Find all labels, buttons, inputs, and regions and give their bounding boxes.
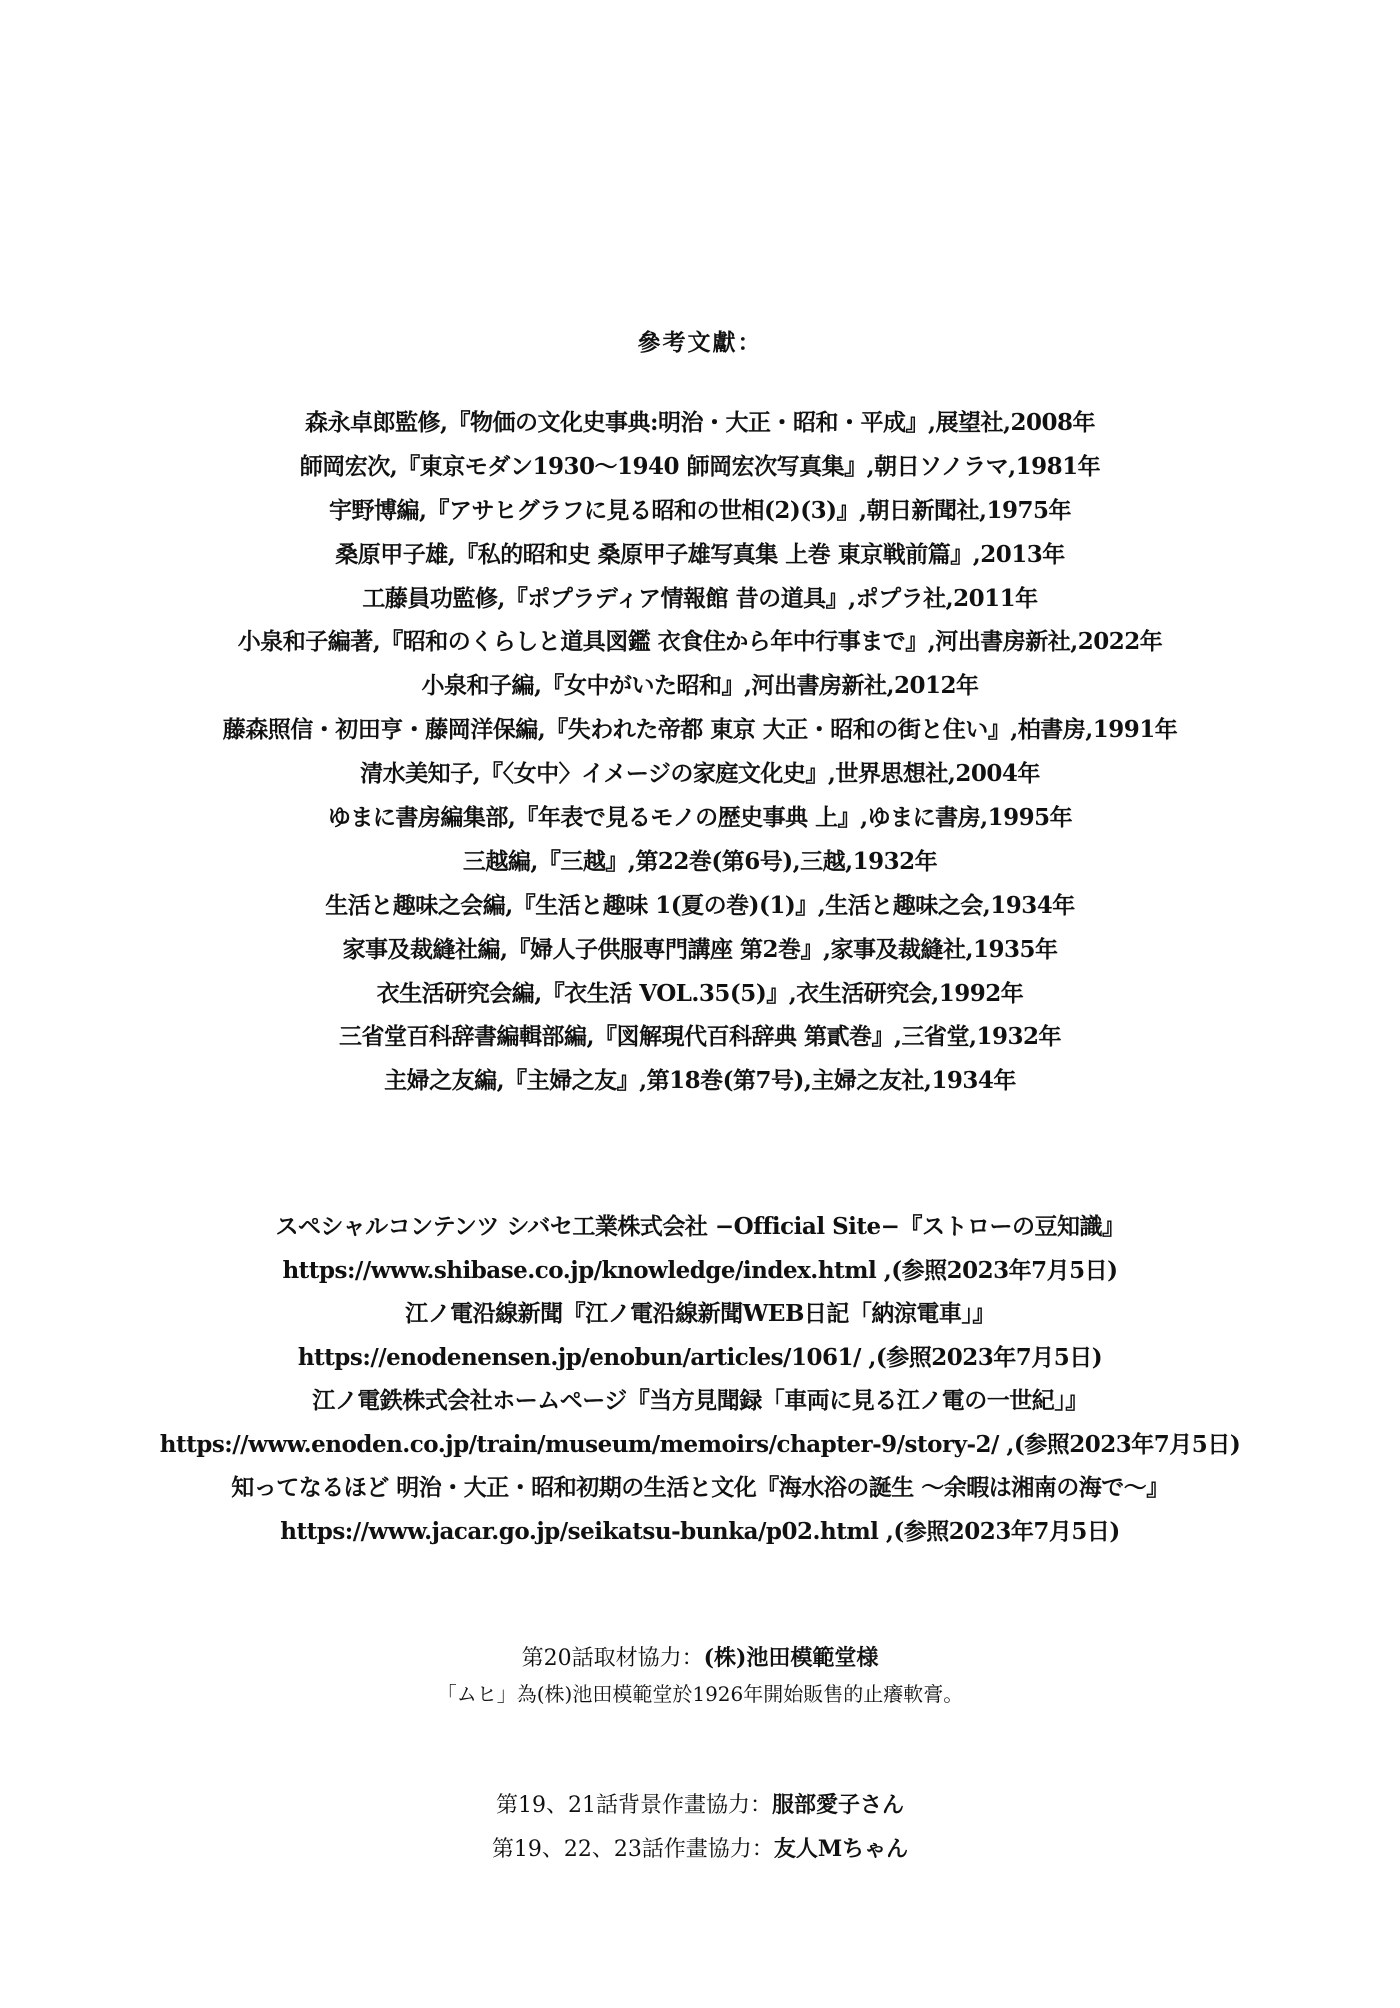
book-references-list: 森永卓郎監修,『物価の文化史事典:明治・大正・昭和・平成』,展望社,2008年 … xyxy=(0,408,1400,1110)
reference-item: 家事及裁縫社編,『婦人子供服専門講座 第2巻』,家事及裁縫社,1935年 xyxy=(0,935,1400,979)
credit-label: 第19、21話背景作畫協力： xyxy=(496,1793,772,1818)
reference-item: 清水美知子,『〈女中〉イメージの家庭文化史』,世界思想社,2004年 xyxy=(0,759,1400,803)
credit-value: (株)池田模範堂様 xyxy=(704,1645,879,1671)
reference-item: 生活と趣味之会編,『生活と趣味 1(夏の巻)(1)』,生活と趣味之会,1934年 xyxy=(0,891,1400,935)
credit-value: 友人Mちゃん xyxy=(774,1836,908,1862)
credit-value: 服部愛子さん xyxy=(772,1792,904,1818)
web-reference-title: 知ってなるほど 明治・大正・昭和初期の生活と文化『海水浴の誕生 〜余暇は湘南の海… xyxy=(0,1473,1400,1517)
web-reference-title: スペシャルコンテンツ シバセ工業株式会社 −Official Site−『ストロ… xyxy=(0,1212,1400,1256)
reference-item: 衣生活研究会編,『衣生活 VOL.35(5)』,衣生活研究会,1992年 xyxy=(0,979,1400,1023)
web-reference-url: https://enodenensen.jp/enobun/articles/1… xyxy=(0,1343,1400,1387)
web-reference-title: 江ノ電沿線新聞『江ノ電沿線新聞WEB日記「納涼電車」』 xyxy=(0,1299,1400,1343)
reference-item: 小泉和子編,『女中がいた昭和』,河出書房新社,2012年 xyxy=(0,671,1400,715)
reference-item: 工藤員功監修,『ポプラディア情報館 昔の道具』,ポプラ社,2011年 xyxy=(0,584,1400,628)
reference-item: 藤森照信・初田亨・藤岡洋保編,『失われた帝都 東京 大正・昭和の街と住い』,柏書… xyxy=(0,715,1400,759)
references-heading: 參考文獻： xyxy=(0,328,1400,358)
reference-item: 小泉和子編著,『昭和のくらしと道具図鑑 衣食住から年中行事まで』,河出書房新社,… xyxy=(0,627,1400,671)
product-note: 「ムヒ」為(株)池田模範堂於1926年開始販售的止癢軟膏。 xyxy=(0,1679,1400,1709)
reference-item: 宇野博編,『アサヒグラフに見る昭和の世相(2)(3)』,朝日新聞社,1975年 xyxy=(0,496,1400,540)
web-references-list: スペシャルコンテンツ シバセ工業株式会社 −Official Site−『ストロ… xyxy=(0,1212,1400,1560)
reference-item: 三省堂百科辞書編輯部編,『図解現代百科辞典 第貳巻』,三省堂,1932年 xyxy=(0,1022,1400,1066)
reference-item: 森永卓郎監修,『物価の文化史事典:明治・大正・昭和・平成』,展望社,2008年 xyxy=(0,408,1400,452)
web-reference-title: 江ノ電鉄株式会社ホームページ『当方見聞録「車両に見る江ノ電の一世紀」』 xyxy=(0,1386,1400,1430)
credit-label: 第20話取材協力： xyxy=(522,1646,704,1671)
background-art-credit: 第19、21話背景作畫協力：服部愛子さん xyxy=(0,1790,1400,1821)
web-reference-url: https://www.shibase.co.jp/knowledge/inde… xyxy=(0,1256,1400,1300)
credit-label: 第19、22、23話作畫協力： xyxy=(492,1837,774,1862)
reference-item: 師岡宏次,『東京モダン1930〜1940 師岡宏次写真集』,朝日ソノラマ,198… xyxy=(0,452,1400,496)
references-page: 參考文獻： 森永卓郎監修,『物価の文化史事典:明治・大正・昭和・平成』,展望社,… xyxy=(0,0,1400,2008)
interview-credit: 第20話取材協力：(株)池田模範堂様 xyxy=(0,1643,1400,1674)
web-reference-url: https://www.jacar.go.jp/seikatsu-bunka/p… xyxy=(0,1517,1400,1561)
reference-item: 主婦之友編,『主婦之友』,第18巻(第7号),主婦之友社,1934年 xyxy=(0,1066,1400,1110)
reference-item: 三越編,『三越』,第22巻(第6号),三越,1932年 xyxy=(0,847,1400,891)
reference-item: ゆまに書房編集部,『年表で見るモノの歴史事典 上』,ゆまに書房,1995年 xyxy=(0,803,1400,847)
web-reference-url: https://www.enoden.co.jp/train/museum/me… xyxy=(0,1430,1400,1474)
reference-item: 桑原甲子雄,『私的昭和史 桑原甲子雄写真集 上巻 東京戦前篇』,2013年 xyxy=(0,540,1400,584)
art-assist-credit: 第19、22、23話作畫協力：友人Mちゃん xyxy=(0,1834,1400,1865)
